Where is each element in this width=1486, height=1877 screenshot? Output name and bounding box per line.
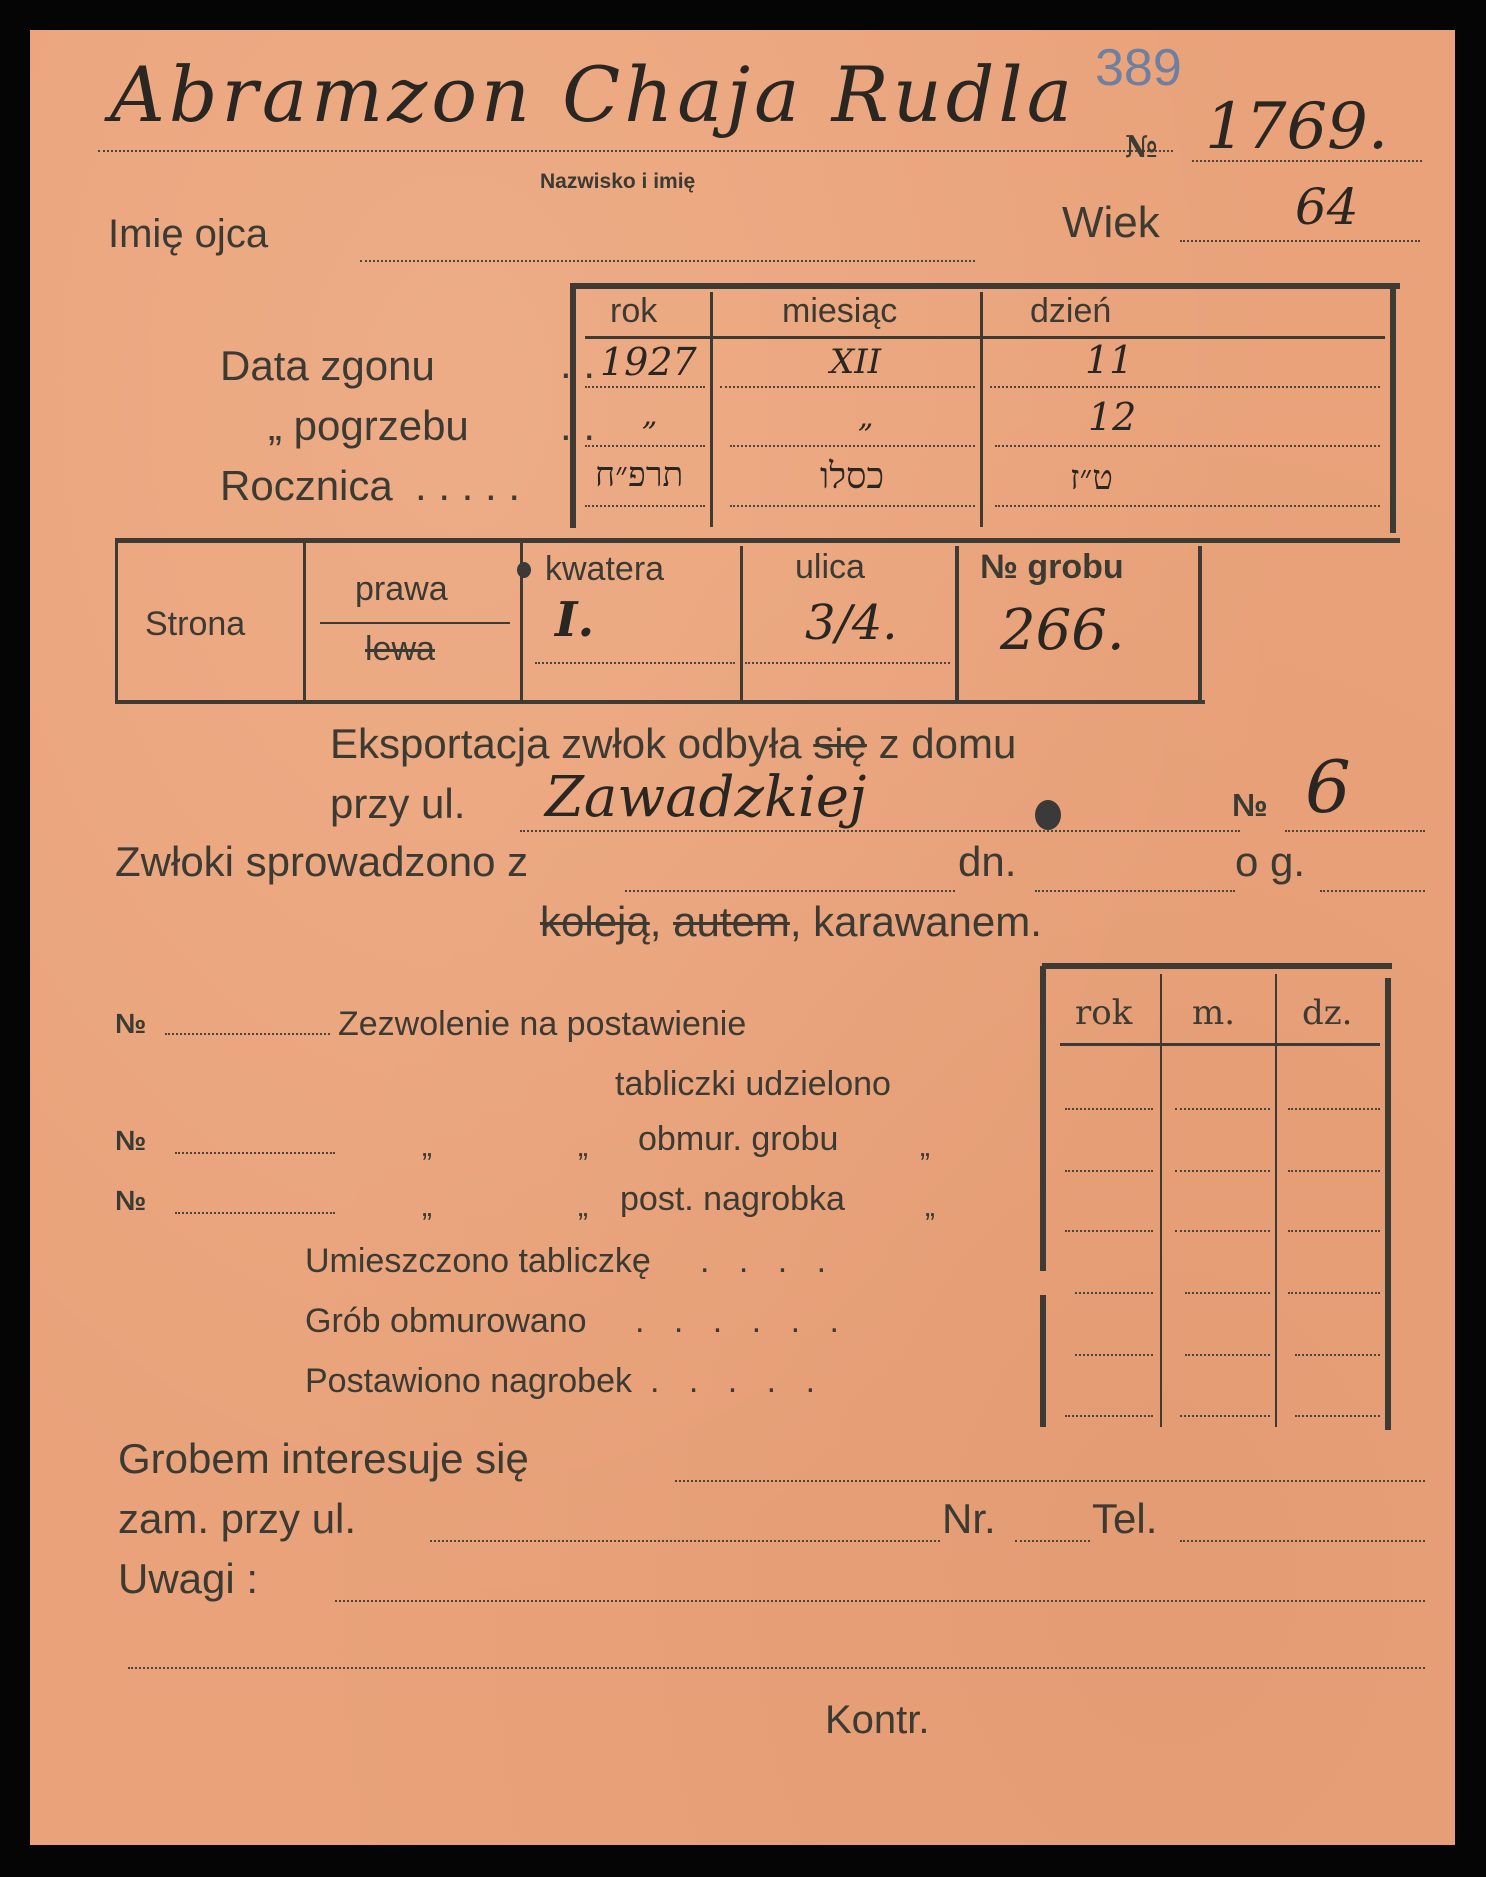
export-street-value: Zawadzkiej: [545, 765, 866, 830]
row-line: [730, 445, 975, 447]
plaque-placed-dots: . . . .: [700, 1242, 836, 1281]
dates-table-divider-1: [710, 292, 713, 527]
ditto-mark: „: [920, 1130, 930, 1164]
hour-field[interactable]: [1320, 890, 1425, 892]
permit-date-field[interactable]: [1185, 1292, 1270, 1294]
side-label: Strona: [145, 605, 245, 644]
permit-date-field[interactable]: [1065, 1230, 1153, 1232]
address-label: zam. przy ul.: [118, 1495, 356, 1543]
day-field[interactable]: [1035, 890, 1235, 892]
anniversary-day: ט״ז: [1070, 458, 1113, 498]
father-name-field[interactable]: [360, 260, 975, 262]
stamp-number: 389: [1095, 38, 1182, 98]
ditto-mark: „: [578, 1130, 588, 1164]
transport-hearse: , karawanem.: [790, 898, 1042, 945]
burial-date-dots: . .: [560, 402, 595, 450]
notes-field[interactable]: [335, 1600, 1425, 1602]
tomb-erected-dots: . . . . .: [650, 1362, 825, 1401]
loc-divider: [740, 546, 743, 700]
interested-field[interactable]: [675, 1480, 1425, 1482]
loc-divider: [303, 542, 306, 700]
death-date-label: Data zgonu: [220, 342, 435, 390]
anniversary-dots: . . . . .: [415, 462, 520, 510]
row-line: [995, 445, 1380, 447]
grave-walled-dots: . . . . . .: [635, 1302, 849, 1341]
transport-rail-struck: koleją: [540, 898, 650, 945]
father-name-label: Imię ojca: [108, 212, 268, 257]
permit-no-field[interactable]: [165, 1033, 330, 1035]
number-line: [1192, 160, 1422, 162]
permit-date-field[interactable]: [1075, 1354, 1153, 1356]
grave-value: 266.: [1000, 598, 1125, 663]
section-line: [535, 662, 735, 664]
permit-no-label: №: [115, 1008, 146, 1040]
permit-date-field[interactable]: [1065, 1415, 1153, 1417]
nr-label: Nr.: [942, 1495, 996, 1543]
side-left-struck: lewa: [365, 630, 435, 669]
anniversary-label: Rocznica: [220, 462, 393, 510]
permits-table-top-border: [1042, 963, 1392, 969]
notes-field-2[interactable]: [128, 1667, 1425, 1669]
permits-table-right-border: [1385, 978, 1391, 1430]
transport-car-struck: autem: [673, 898, 790, 945]
permits-divider: [1160, 974, 1162, 1427]
hour-label: o g.: [1235, 838, 1305, 886]
name-label: Nazwisko i imię: [540, 170, 695, 194]
number-label: №: [1125, 130, 1158, 165]
card-number: 1769.: [1205, 90, 1388, 164]
loc-left-border: [115, 542, 118, 702]
burial-day: 12: [1088, 395, 1136, 439]
permit-wall-no-field[interactable]: [175, 1152, 335, 1154]
death-month: XII: [830, 342, 881, 382]
tel-field[interactable]: [1180, 1540, 1425, 1542]
header-miesiac: miesiąc: [782, 292, 897, 331]
dates-table-divider-2: [980, 292, 983, 527]
death-date-dots: . .: [560, 340, 595, 388]
permit-date-field[interactable]: [1065, 1170, 1153, 1172]
age-line: [1180, 240, 1420, 242]
grave-walled-label: Grób obmurowano: [305, 1302, 587, 1341]
permit-date-field[interactable]: [1288, 1170, 1380, 1172]
house-no-line: [1285, 830, 1425, 832]
permits-table-left-border: [1040, 966, 1046, 1271]
permit-tomb-no-field[interactable]: [175, 1212, 335, 1214]
side-divider: [320, 622, 510, 624]
section-label: kwatera: [545, 550, 664, 589]
permit-date-field[interactable]: [1288, 1230, 1380, 1232]
interested-label: Grobem interesuje się: [118, 1435, 529, 1483]
death-day: 11: [1085, 338, 1133, 382]
row-line: [585, 445, 705, 447]
permit-wall-no-label: №: [115, 1125, 146, 1157]
permits-table-left-border-2: [1040, 1295, 1046, 1427]
permits-header-m: m.: [1192, 993, 1235, 1033]
permit-date-field[interactable]: [1180, 1415, 1270, 1417]
house-no-label: №: [1232, 787, 1268, 824]
permit-wall-text: obmur. grobu: [638, 1120, 838, 1159]
permits-header-dz: dz.: [1302, 993, 1353, 1033]
location-table-top-border: [115, 538, 1400, 543]
burial-date-label: „ pogrzebu: [268, 402, 469, 450]
burial-record-card: 389 Abramzon Chaja Rudla Nazwisko i imię…: [30, 30, 1455, 1845]
permit-date-field[interactable]: [1185, 1354, 1270, 1356]
anniversary-month: כסלו: [820, 455, 884, 497]
brought-label: Zwłoki sprowadzono z: [115, 838, 528, 886]
death-year: 1927: [600, 340, 697, 384]
dates-table-top-border: [570, 283, 1400, 289]
brought-field[interactable]: [625, 890, 955, 892]
burial-year: „: [642, 398, 658, 433]
nr-field[interactable]: [1015, 1540, 1090, 1542]
age-value: 64: [1295, 178, 1359, 236]
export-street-line: [520, 830, 1240, 832]
row-line: [995, 505, 1380, 507]
street-line: [745, 662, 950, 664]
permit-tomb-text: post. nagrobka: [620, 1180, 845, 1219]
side-right: prawa: [355, 570, 448, 609]
export-text-1: Eksportacja zwłok odbyła: [330, 720, 813, 767]
transport-line: koleją, autem, karawanem.: [540, 898, 1042, 946]
export-line-1: Eksportacja zwłok odbyła się z domu: [330, 720, 1016, 768]
row-line: [730, 505, 975, 507]
permit-tomb-no-label: №: [115, 1185, 146, 1217]
dates-table-right-border: [1390, 283, 1396, 533]
permit-date-field[interactable]: [1288, 1108, 1380, 1110]
export-text-2: z domu: [867, 720, 1016, 767]
address-field[interactable]: [430, 1540, 940, 1542]
burial-month: „: [858, 400, 874, 435]
row-line: [585, 386, 705, 388]
row-line: [720, 386, 975, 388]
street-prefix: przy ul.: [330, 780, 465, 828]
permits-header-rok: rok: [1075, 993, 1132, 1033]
ink-blot: [517, 562, 531, 578]
grave-label: № grobu: [980, 548, 1124, 587]
permit-date-field[interactable]: [1288, 1292, 1380, 1294]
permit-date-field[interactable]: [1295, 1354, 1380, 1356]
ink-blot: [1035, 800, 1061, 830]
handwritten-name: Abramzon Chaja Rudla: [110, 50, 1076, 139]
permit-date-field[interactable]: [1175, 1230, 1270, 1232]
permits-header-rule: [1060, 1043, 1380, 1046]
export-struck-word: się: [813, 720, 867, 767]
permit-date-field[interactable]: [1175, 1170, 1270, 1172]
control-label: Kontr.: [825, 1698, 930, 1743]
street-value: 3/4.: [805, 595, 898, 651]
ditto-mark: „: [422, 1130, 432, 1164]
ditto-mark: „: [578, 1190, 588, 1224]
plaque-placed-label: Umieszczono tabliczkę: [305, 1242, 651, 1281]
age-label: Wiek: [1062, 198, 1160, 248]
permit-date-field[interactable]: [1295, 1415, 1380, 1417]
loc-right-border: [1198, 546, 1202, 704]
permit-date-field[interactable]: [1065, 1108, 1153, 1110]
dates-table-left-border: [570, 283, 576, 528]
ditto-mark: „: [422, 1190, 432, 1224]
row-line: [990, 386, 1380, 388]
header-dzien: dzień: [1030, 292, 1111, 331]
tel-label: Tel.: [1092, 1495, 1157, 1543]
notes-label: Uwagi :: [118, 1555, 258, 1603]
permit-date-field[interactable]: [1075, 1292, 1153, 1294]
street-label: ulica: [795, 548, 865, 587]
location-table-bottom-border: [115, 700, 1205, 704]
tomb-erected-label: Postawiono nagrobek: [305, 1362, 632, 1401]
permit-date-field[interactable]: [1175, 1108, 1270, 1110]
permit-plaque-text: Zezwolenie na postawienie: [338, 1005, 746, 1044]
dates-table-header-rule: [585, 336, 1385, 339]
loc-divider: [955, 546, 959, 700]
house-no-value: 6: [1305, 745, 1351, 829]
ditto-mark: „: [925, 1190, 935, 1224]
anniversary-year: תרפ״ח: [595, 455, 683, 495]
row-line: [585, 505, 705, 507]
day-label: dn.: [958, 838, 1016, 886]
header-rok: rok: [610, 292, 657, 331]
permit-plaque-text-2: tabliczki udzielono: [615, 1065, 891, 1104]
permits-divider: [1275, 974, 1277, 1427]
section-value: I.: [555, 592, 594, 648]
name-line: [98, 150, 1173, 152]
